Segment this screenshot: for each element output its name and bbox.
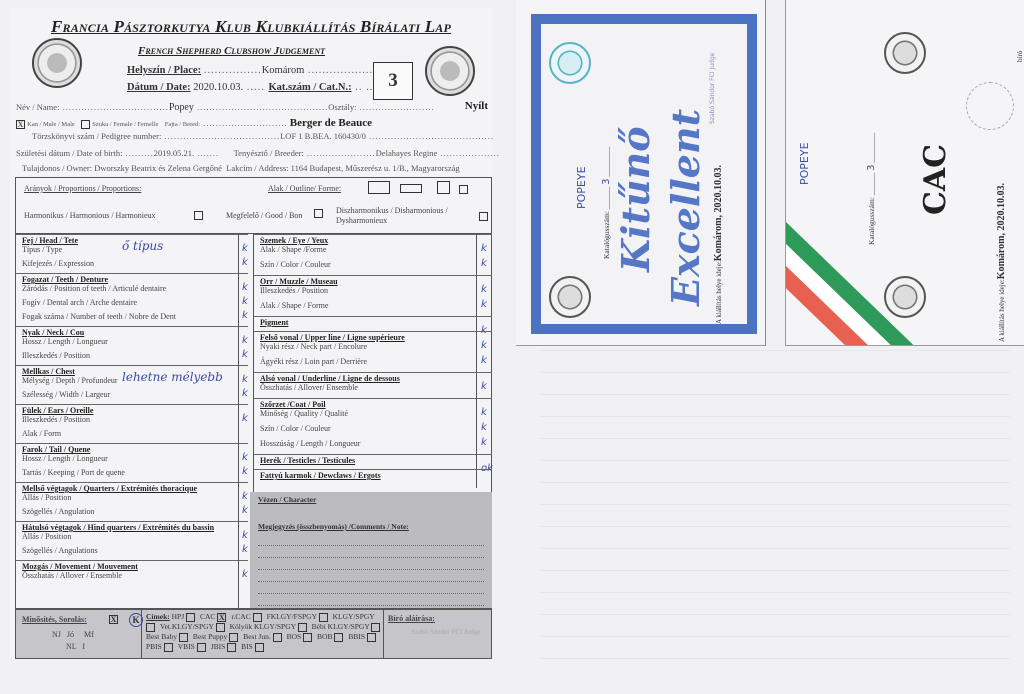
score-mark: k: [242, 569, 248, 580]
criterion-row: Nyaki rész / Neck part / Encolure: [260, 342, 367, 351]
criterion-row: Ágyéki rész / Loin part / Derrière: [260, 357, 367, 366]
fci-logo-icon: [884, 32, 926, 74]
dog-name-handwritten: POPEYE: [798, 142, 811, 185]
handwritten-note: lehetne mélyebb: [122, 370, 223, 384]
female-checkbox[interactable]: [81, 120, 90, 129]
owner-row: Tulajdonos / Owner: Dworszky Beatrix és …: [22, 163, 460, 173]
score-mark: k: [481, 355, 487, 366]
section-header: Herék / Testicles / Testicules: [260, 456, 355, 465]
title-option: r.CAC: [231, 612, 261, 621]
criterion-row: Szín / Color / Couleur: [260, 424, 331, 433]
grading-checkbox[interactable]: X: [109, 615, 118, 624]
mebe-seal-icon: [425, 46, 475, 96]
character-label: Vézen / Character: [258, 495, 484, 504]
mebe-logo-icon: [884, 276, 926, 318]
section-header: Alsó vonal / Underline / Ligne de dessou…: [260, 374, 400, 383]
criterion-row: Mélység / Depth / Profundeur: [22, 376, 118, 385]
dob-breeder-row: Születési dátum / Date of birth: .......…: [16, 148, 500, 158]
proportions-section: Arányok / Proportions / Proportions: Ala…: [16, 178, 491, 234]
criterion-row: Alak / Form: [22, 429, 61, 438]
breeder-value: Delahayes Regine: [376, 148, 438, 158]
judge-signature: Szabó Sándor FCI Judge: [411, 628, 480, 636]
title-checkbox[interactable]: [273, 633, 282, 642]
title-option: Best Puppy: [193, 632, 238, 641]
outline-box-1[interactable]: [368, 181, 390, 194]
title-checkbox[interactable]: [367, 633, 376, 642]
title-option: Kölyök KLGY/SPGY: [230, 622, 307, 631]
criterion-row: Fogív / Dental arch / Arche dentaire: [22, 298, 137, 307]
disharmonious-checkbox[interactable]: [479, 212, 488, 221]
section-header: Mellkas / Chest: [22, 367, 75, 376]
score-mark: k: [481, 422, 487, 433]
class-value: Nyílt: [465, 100, 488, 112]
section-header: Orr / Muzzle / Museau: [260, 277, 338, 286]
place-row: Helyszín / Place: ................Komáro…: [127, 65, 373, 76]
score-mark: k: [242, 282, 248, 293]
title-option: JBIS: [211, 642, 236, 651]
score-mark: k: [481, 258, 487, 269]
criterion-row: Típus / Type: [22, 245, 62, 254]
section-header: Fattyú karmok / Dewclaws / Ergots: [260, 471, 381, 480]
title-checkbox[interactable]: [253, 613, 262, 622]
name-row: Név / Name: ............................…: [16, 102, 488, 113]
criterion-row: Illeszkedés / Position: [260, 286, 328, 295]
harmonious-checkbox[interactable]: [194, 211, 203, 220]
criterion-row: Szögellés / Angulation: [22, 507, 94, 516]
score-mark: k: [242, 544, 248, 555]
grading-label: Minősítés, Sorolás:: [22, 615, 87, 624]
title-checkbox[interactable]: [179, 633, 188, 642]
score-mark: k: [481, 437, 487, 448]
catalog-label: Kat.szám / Cat.N.:: [268, 82, 351, 93]
criterion-row: Hosszúság / Length / Longueur: [260, 439, 360, 448]
criterion-row: Kifejezés / Expression: [22, 259, 94, 268]
section-header: Fej / Head / Tete: [22, 236, 78, 245]
outline-box-3[interactable]: [437, 181, 450, 194]
criterion-row: Állás / Position: [22, 493, 71, 502]
criterion-row: Összhatás / Allover/ Ensemble: [260, 383, 358, 392]
cac-card: POPEYE Katalógusszám: ______ 3 ________ …: [785, 0, 1024, 346]
award-title: CAC: [918, 144, 953, 215]
judge-signature-label: Bíró aláírása:: [388, 614, 435, 623]
grade-hu: Kitűnő: [613, 126, 658, 272]
scanned-documents: Francia Pásztorkutya Klub Klubkiállítás …: [0, 0, 1024, 694]
section-header: Mozgás / Movement / Mouvement: [22, 562, 138, 571]
grading-section: Minősítés, Sorolás: X K NJ Jó Mf NL I Cí…: [15, 609, 492, 659]
show-through-ghost: [540, 350, 1010, 680]
title-option: Best Jun.: [243, 632, 281, 641]
section-header: Farok / Tail / Quene: [22, 445, 90, 454]
score-mark: k: [242, 243, 248, 254]
handwritten-note: ő típus: [122, 239, 163, 253]
grade-en: Excellent: [663, 109, 708, 306]
title-checkbox[interactable]: [146, 623, 155, 632]
section-header: Fülek / Ears / Oreille: [22, 406, 93, 415]
title-checkbox[interactable]: [298, 623, 307, 632]
title-checkbox[interactable]: [334, 633, 343, 642]
catalog-label: Katalógusszám: ______ 3 ________: [866, 133, 877, 245]
section-header: Hátulsó végtagok / Hind quarters / Extré…: [22, 523, 214, 532]
score-mark: k: [242, 374, 248, 385]
score-mark: k: [242, 310, 248, 321]
section-header: Pigment: [260, 318, 288, 327]
title-option: HPJ: [172, 612, 195, 621]
club-seal-icon: [32, 38, 82, 88]
title-option: VBIS: [178, 642, 206, 651]
title-checkbox[interactable]: [371, 623, 380, 632]
criterion-row: Alak / Shape / Forme: [260, 301, 328, 310]
score-mark: k: [481, 381, 487, 392]
title-checkbox[interactable]: [164, 643, 173, 652]
title-option: FKLGY/FSPGY: [267, 612, 328, 621]
score-mark: k: [242, 466, 248, 477]
score-mark: k: [242, 257, 248, 268]
pedigree-value: LOF 1 B.BEA. 160430/0: [280, 131, 366, 141]
title-checkbox[interactable]: [197, 643, 206, 652]
comments-label: Megjegyzés (összbenyomás) /Comments / No…: [258, 522, 484, 531]
score-mark: k: [481, 407, 487, 418]
breed-value: Berger de Beauce: [290, 117, 372, 129]
judgement-form: Francia Pásztorkutya Klub Klubkiállítás …: [10, 8, 492, 660]
excellent-card: POPEYE Katalógusszám: ______ 3 ________ …: [516, 0, 766, 346]
catalog-number-box: 3: [373, 62, 413, 100]
title-checkbox[interactable]: [229, 633, 238, 642]
grading-options-1: NJ Jó Mf: [52, 630, 94, 639]
owner-value: Dworszky Beatrix és Zelena Gergőné: [94, 163, 222, 173]
titles-list: Címek: HPJ CAC Xr.CAC FKLGY/FSPGY KLGY/S…: [146, 612, 386, 652]
section-header: Mellső végtagok / Quarters / Extrémités …: [22, 484, 197, 493]
title-checkbox[interactable]: [303, 633, 312, 642]
section-header: Nyak / Neck / Cou: [22, 328, 84, 337]
mebe-logo-icon: [549, 276, 591, 318]
score-mark: k: [481, 340, 487, 351]
title-checkbox[interactable]: [255, 643, 264, 652]
score-mark: k: [242, 296, 248, 307]
section-header: Szemek / Eye / Yeux: [260, 236, 328, 245]
criterion-row: Tartás / Keeping / Port de quene: [22, 468, 125, 477]
title-option: BOB: [317, 632, 343, 641]
score-mark: k: [242, 491, 248, 502]
score-mark: k: [242, 388, 248, 399]
criterion-row: Hossz / Length / Longueur: [22, 337, 108, 346]
outline-box-4[interactable]: [459, 185, 468, 194]
title-option: BBIS: [348, 632, 376, 641]
good-checkbox[interactable]: [314, 209, 323, 218]
score-mark: k: [242, 505, 248, 516]
score-mark: k: [481, 243, 487, 254]
title-option: PBIS: [146, 642, 173, 651]
criterion-row: Alak / Shape /Forme: [260, 245, 326, 254]
criterion-row: Illeszkedés / Position: [22, 415, 90, 424]
place-value: Komárom: [262, 65, 305, 76]
outline-box-2[interactable]: [400, 184, 422, 193]
title-option: BOS: [287, 632, 312, 641]
comments-area: Vézen / Character Megjegyzés (összbenyom…: [250, 492, 492, 608]
title-option: CAC X: [200, 612, 226, 621]
dog-name-handwritten: POPEYE: [575, 166, 588, 209]
criterion-row: Hossz / Length / Longueur: [22, 454, 108, 463]
place-date: A kiállítás helye ideje:Komárom, 2020.10…: [713, 165, 724, 324]
score-mark: k: [242, 335, 248, 346]
club-stamp-icon: [966, 82, 1014, 130]
criterion-row: Szögellés / Angulations: [22, 546, 98, 555]
criterion-row: Záródás / Position of teeth / Articulé d…: [22, 284, 166, 293]
criterion-row: Fogak száma / Number of teeth / Nobre de…: [22, 312, 176, 321]
sex-breed-row: X Kan / Male / Male Szuka / Female / Fem…: [16, 117, 372, 129]
criterion-row: Állás / Position: [22, 532, 71, 541]
grading-options-2: NL I: [66, 642, 85, 651]
titles-label: Címek:: [146, 612, 170, 621]
male-checkbox[interactable]: X: [16, 120, 25, 129]
form-subtitle: French Shepherd Clubshow Judgement: [138, 45, 325, 57]
title-option: Best Baby: [146, 632, 188, 641]
section-header: Szőrzet /Coat / Poil: [260, 400, 326, 409]
score-mark: k: [242, 349, 248, 360]
date-value: 2020.10.03.: [193, 82, 243, 93]
title-option: Vet.KLGY/SPGY: [160, 622, 225, 631]
score-mark: k: [481, 284, 487, 295]
pedigree-row: Törzskönyvi szám / Pedigree number: ....…: [32, 131, 494, 141]
date-row: Dátum / Date: 2020.10.03. ..... Kat.szám…: [127, 82, 384, 93]
date-label: Dátum / Date:: [127, 82, 191, 93]
criterion-row: Illeszkedés / Position: [22, 351, 90, 360]
title-checkbox[interactable]: [227, 643, 236, 652]
criterion-row: Összhatás / Allover / Ensemble: [22, 571, 122, 580]
catalog-label: Katalógusszám: ______ 3 ________: [601, 147, 612, 259]
criterion-row: Szín / Color / Couleur: [260, 260, 331, 269]
criterion-row: Minőség / Quality / Qualité: [260, 409, 348, 418]
judge-note: Szabó Sándor FCI Judge: [709, 53, 716, 124]
title-option: Bébi KLGY/SPGY: [312, 622, 381, 631]
dob-value: 2019.05.21.: [154, 148, 194, 158]
place-date: A kiállítás helye ideje:Komárom, 2020.10…: [996, 183, 1007, 342]
criterion-row: Szélesség / Width / Largeur: [22, 390, 110, 399]
section-header: Felső vonal / Upper line / Ligne supérie…: [260, 333, 405, 342]
title-option: BIS: [241, 642, 264, 651]
score-mark: k: [481, 299, 487, 310]
title-checkbox[interactable]: X: [217, 613, 226, 622]
judge-label: bíró: [1016, 51, 1024, 62]
place-label: Helyszín / Place:: [127, 65, 201, 76]
score-mark: k: [242, 530, 248, 541]
section-header: Fogazat / Teeth / Denture: [22, 275, 108, 284]
form-title: Francia Pásztorkutya Klub Klubkiállítás …: [10, 17, 492, 37]
title-checkbox[interactable]: [186, 613, 195, 622]
title-checkbox[interactable]: [216, 623, 225, 632]
dog-name-value: Popey: [169, 102, 194, 113]
score-mark: k: [242, 452, 248, 463]
title-checkbox[interactable]: [319, 613, 328, 622]
address-value: 1164 Budapest, Műszerész u. 1/B., Magyar…: [291, 163, 460, 173]
score-mark: k: [242, 413, 248, 424]
excellent-card-frame: POPEYE Katalógusszám: ______ 3 ________ …: [531, 14, 757, 334]
fci-logo-icon: [549, 42, 591, 84]
